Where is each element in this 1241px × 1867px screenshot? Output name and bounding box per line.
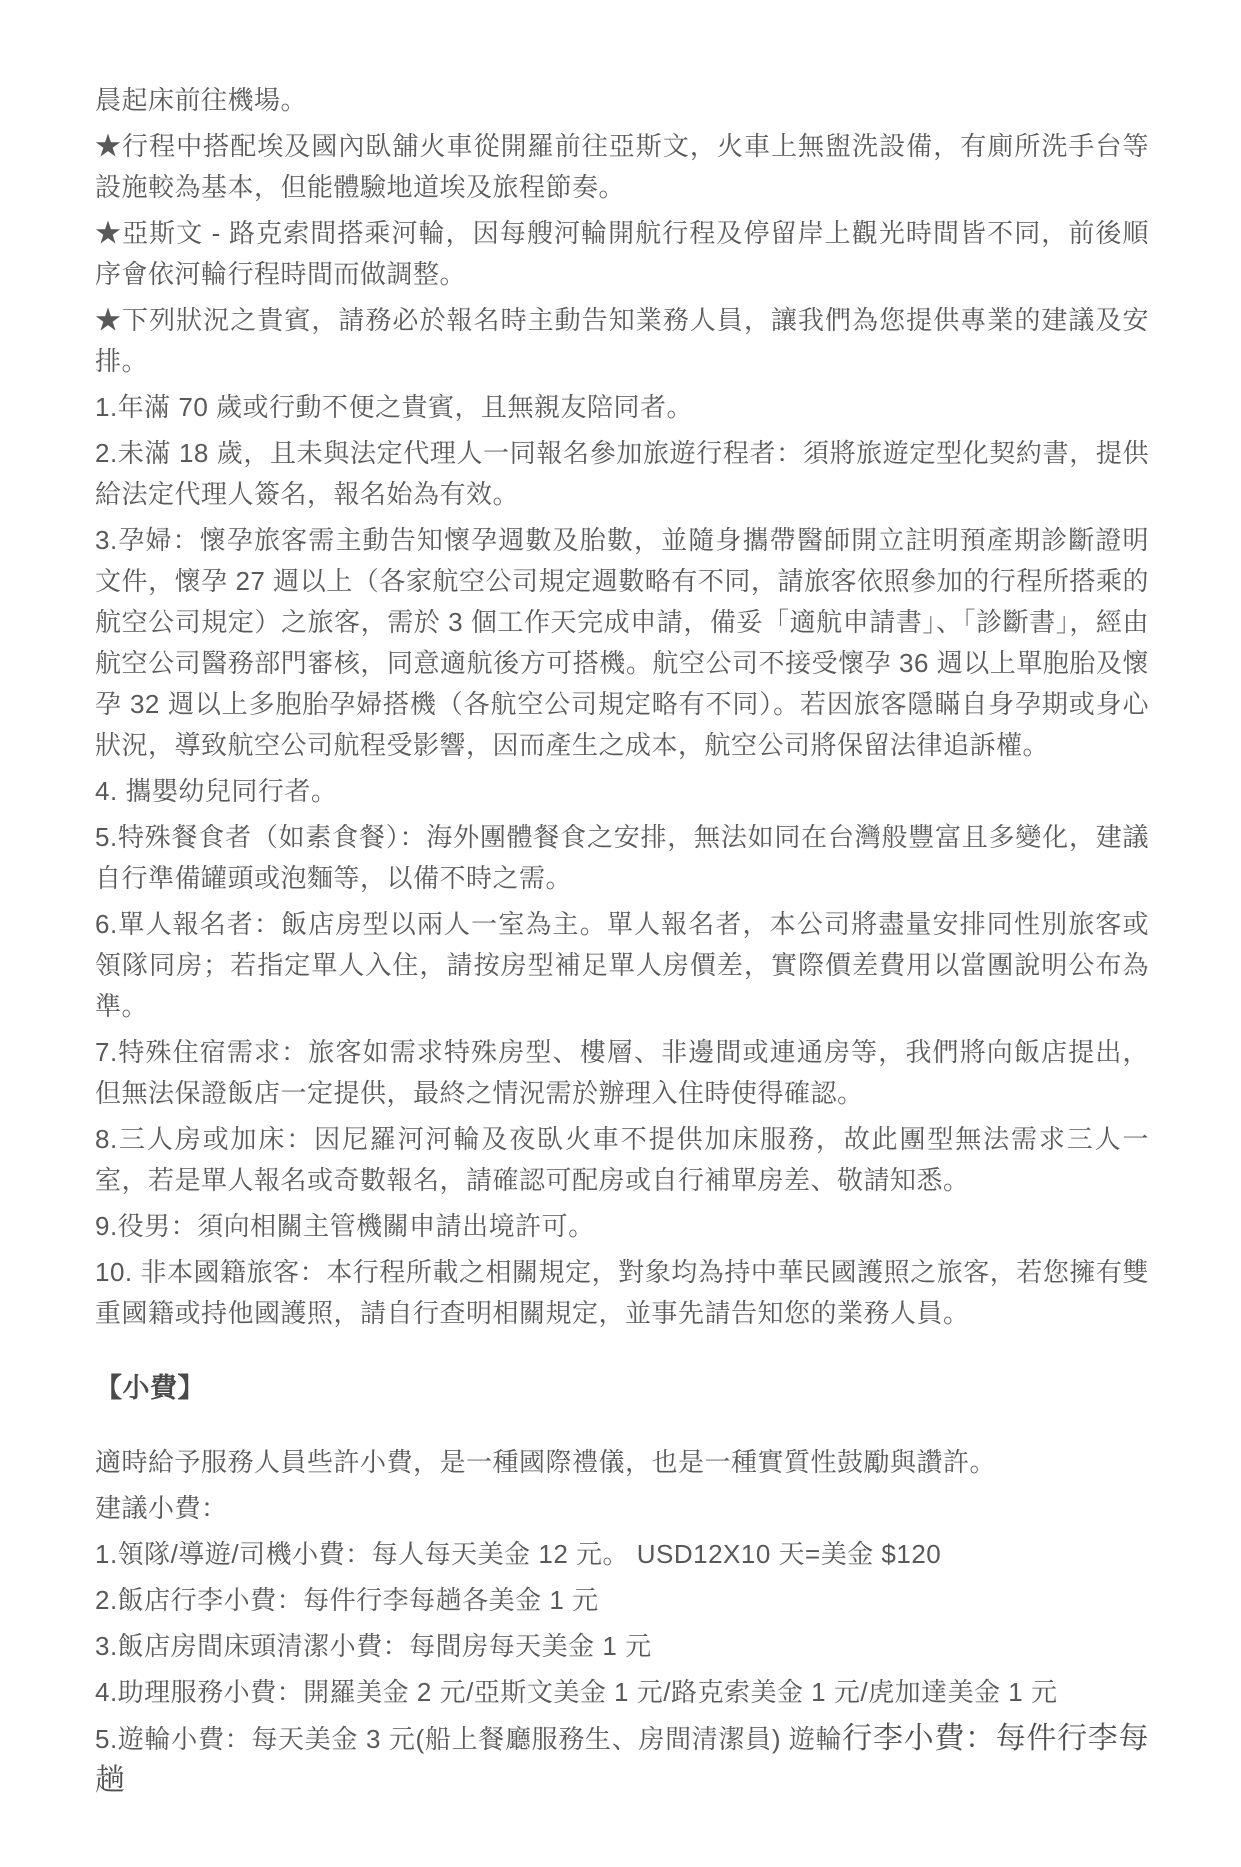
tips-item-1-guide-driver: 1.領隊/導遊/司機小費：每人每天美金 12 元。 USD12X10 天=美金 … xyxy=(95,1534,1149,1575)
tips-item-5-cruise: 5.遊輪小費：每天美金 3 元(船上餐廳服務生、房間清潔員) 遊輪行李小費：每件… xyxy=(95,1718,1149,1802)
note-item-10-foreign-nationals: 10. 非本國籍旅客：本行程所載之相關規定，對象均為持中華民國護照之旅客，若您擁… xyxy=(95,1252,1149,1334)
tips-suggestion-label: 建議小費： xyxy=(95,1488,1149,1529)
tips-section-heading: 【小費】 xyxy=(95,1368,1149,1409)
tips-item-3-housekeeping: 3.飯店房間床頭清潔小費：每間房每天美金 1 元 xyxy=(95,1626,1149,1667)
note-item-1-age-70: 1.年滿 70 歲或行動不便之貴賓，且無親友陪同者。 xyxy=(95,387,1149,428)
note-paragraph-nile-cruise-order: ★亞斯文 - 路克索間搭乘河輪，因每艘河輪開航行程及停留岸上觀光時間皆不同，前後… xyxy=(95,213,1149,295)
tips-item-4-assistant-service: 4.助理服務小費：開羅美金 2 元/亞斯文美金 1 元/路克索美金 1 元/虎加… xyxy=(95,1672,1149,1713)
tips-item-5-cruise-regular-text: 5.遊輪小費：每天美金 3 元(船上餐廳服務生、房間清潔員) 遊輪 xyxy=(95,1724,842,1754)
note-item-2-under-18: 2.未滿 18 歲，且未與法定代理人一同報名參加旅遊行程者：須將旅遊定型化契約書… xyxy=(95,433,1149,515)
note-paragraph-notify-staff: ★下列狀況之貴賓，請務必於報名時主動告知業務人員，讓我們為您提供專業的建議及安排… xyxy=(95,300,1149,382)
note-paragraph-sleeper-train: ★行程中搭配埃及國內臥舖火車從開羅前往亞斯文，火車上無盥洗設備，有廁所洗手台等設… xyxy=(95,126,1149,208)
note-item-4-infants: 4. 攜嬰幼兒同行者。 xyxy=(95,771,1149,812)
note-item-6-single-traveler: 6.單人報名者：飯店房型以兩人一室為主。單人報名者，本公司將盡量安排同性別旅客或… xyxy=(95,904,1149,1027)
note-item-3-pregnant: 3.孕婦：懷孕旅客需主動告知懷孕週數及胎數，並隨身攜帶醫師開立註明預產期診斷證明… xyxy=(95,520,1149,766)
tips-intro: 適時給予服務人員些許小費，是一種國際禮儀，也是一種實質性鼓勵與讚許。 xyxy=(95,1442,1149,1483)
note-item-7-room-requests: 7.特殊住宿需求：旅客如需求特殊房型、樓層、非邊間或連通房等，我們將向飯店提出，… xyxy=(95,1032,1149,1114)
note-paragraph-morning-airport: 晨起床前往機場。 xyxy=(95,80,1149,121)
note-item-8-triple-room: 8.三人房或加床：因尼羅河河輪及夜臥火車不提供加床服務，故此團型無法需求三人一室… xyxy=(95,1119,1149,1201)
tips-item-2-hotel-luggage: 2.飯店行李小費：每件行李每趟各美金 1 元 xyxy=(95,1580,1149,1621)
note-item-5-special-meals: 5.特殊餐食者（如素食餐）：海外團體餐食之安排，無法如同在台灣般豐富且多變化，建… xyxy=(95,817,1149,899)
travel-notes-document: 晨起床前往機場。 ★行程中搭配埃及國內臥舖火車從開羅前往亞斯文，火車上無盥洗設備… xyxy=(0,0,1241,1867)
note-item-9-military-service: 9.役男：須向相關主管機關申請出境許可。 xyxy=(95,1206,1149,1247)
